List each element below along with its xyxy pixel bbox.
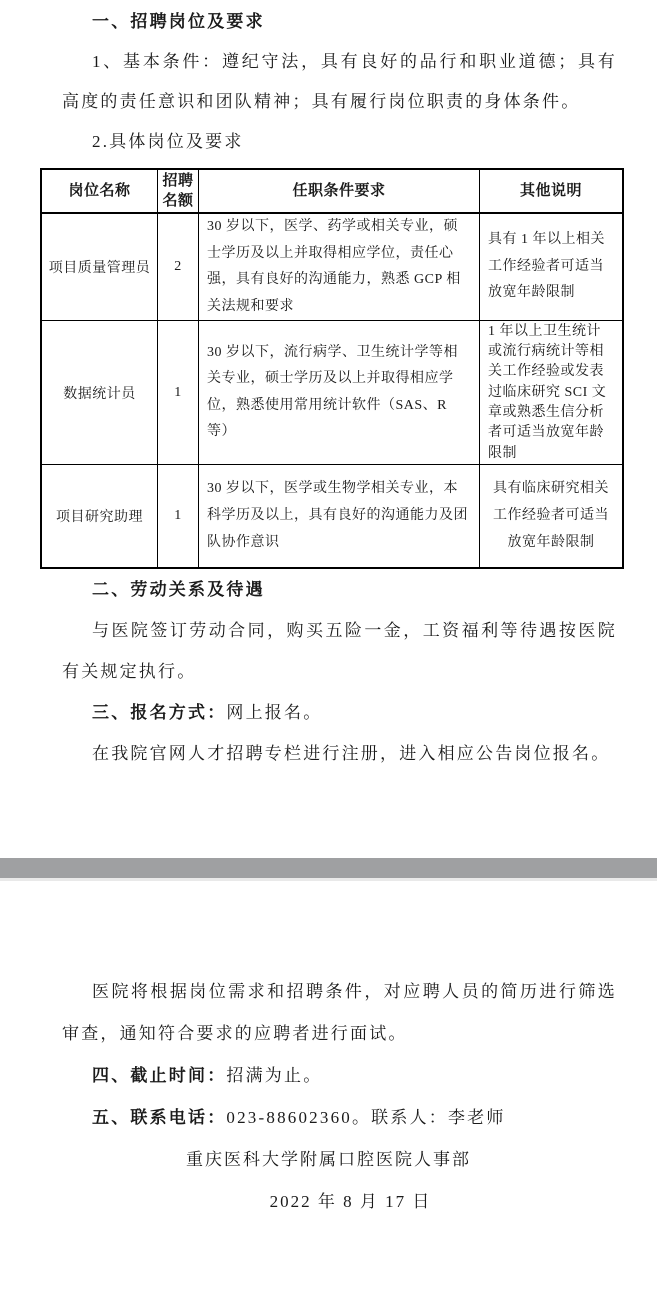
cell-other: 具有临床研究相关工作经验者可适当放宽年龄限制 [480, 465, 624, 569]
column-header-3: 其他说明 [480, 169, 624, 213]
positions-table-head: 岗位名称招聘名额任职条件要求其他说明 [41, 169, 623, 213]
section5-heading: 五、联系电话： [92, 1108, 226, 1127]
section4-line: 四、截止时间：招满为止。 [62, 1055, 617, 1097]
cell-pos: 数据统计员 [41, 321, 158, 465]
cell-quota: 1 [158, 321, 199, 465]
section1-subheading: 2.具体岗位及要求 [62, 122, 617, 162]
section3-line: 三、报名方式：网上报名。 [62, 692, 617, 733]
positions-table-body: 项目质量管理员230 岁以下，医学、药学或相关专业，硕士学历及以上并取得相应学位… [41, 213, 623, 568]
cell-other: 1 年以上卫生统计或流行病统计等相关工作经验或发表过临床研究 SCI 文章或熟悉… [480, 321, 624, 465]
section3-heading: 三、报名方式： [92, 703, 226, 722]
section5-line: 五、联系电话：023-88602360。联系人：李老师 [62, 1097, 617, 1139]
table-row: 项目研究助理130 岁以下，医学或生物学相关专业，本科学历及以上，具有良好的沟通… [41, 465, 623, 569]
positions-table: 岗位名称招聘名额任职条件要求其他说明 项目质量管理员230 岁以下，医学、药学或… [40, 168, 624, 569]
cell-req: 30 岁以下，医学或生物学相关专业，本科学历及以上，具有良好的沟通能力及团队协作… [199, 465, 480, 569]
section1-paragraph: 1、基本条件：遵纪守法，具有良好的品行和职业道德；具有高度的责任意识和团队精神；… [62, 42, 617, 122]
cell-pos: 项目研究助理 [41, 465, 158, 569]
section3-paragraph: 在我院官网人才招聘专栏进行注册，进入相应公告岗位报名。 [62, 733, 617, 774]
header-row: 岗位名称招聘名额任职条件要求其他说明 [41, 169, 623, 213]
column-header-1: 招聘名额 [158, 169, 199, 213]
section2-heading: 二、劳动关系及待遇 [40, 569, 617, 610]
section2-paragraph: 与医院签订劳动合同，购买五险一金，工资福利等待遇按医院有关规定执行。 [62, 610, 617, 692]
cell-other: 具有 1 年以上相关工作经验者可适当放宽年龄限制 [480, 213, 624, 321]
cell-quota: 2 [158, 213, 199, 321]
section1-heading: 一、招聘岗位及要求 [40, 2, 617, 42]
cell-req: 30 岁以下，流行病学、卫生统计学等相关专业，硕士学历及以上并取得相应学位，熟悉… [199, 321, 480, 465]
section3-text: 网上报名。 [226, 703, 322, 722]
screening-paragraph: 医院将根据岗位需求和招聘条件，对应聘人员的简历进行筛选审查，通知符合要求的应聘者… [62, 971, 617, 1055]
section4-heading: 四、截止时间： [92, 1066, 226, 1085]
section5-text: 023-88602360。联系人：李老师 [226, 1108, 505, 1127]
column-header-0: 岗位名称 [41, 169, 158, 213]
column-header-2: 任职条件要求 [199, 169, 480, 213]
document-viewer: 一、招聘岗位及要求 1、基本条件：遵纪守法，具有良好的品行和职业道德；具有高度的… [0, 0, 657, 1308]
cell-pos: 项目质量管理员 [41, 213, 158, 321]
cell-req: 30 岁以下，医学、药学或相关专业，硕士学历及以上并取得相应学位，责任心强，具有… [199, 213, 480, 321]
page-1: 一、招聘岗位及要求 1、基本条件：遵纪守法，具有良好的品行和职业道德；具有高度的… [0, 0, 657, 858]
section4-text: 招满为止。 [226, 1066, 322, 1085]
table-row: 项目质量管理员230 岁以下，医学、药学或相关专业，硕士学历及以上并取得相应学位… [41, 213, 623, 321]
signature-line: 重庆医科大学附属口腔医院人事部 [40, 1139, 617, 1181]
cell-quota: 1 [158, 465, 199, 569]
table-row: 数据统计员130 岁以下，流行病学、卫生统计学等相关专业，硕士学历及以上并取得相… [41, 321, 623, 465]
date-line: 2022 年 8 月 17 日 [84, 1181, 617, 1223]
page-2: 医院将根据岗位需求和招聘条件，对应聘人员的简历进行筛选审查，通知符合要求的应聘者… [0, 881, 657, 1308]
page-gap-bar [0, 858, 657, 878]
